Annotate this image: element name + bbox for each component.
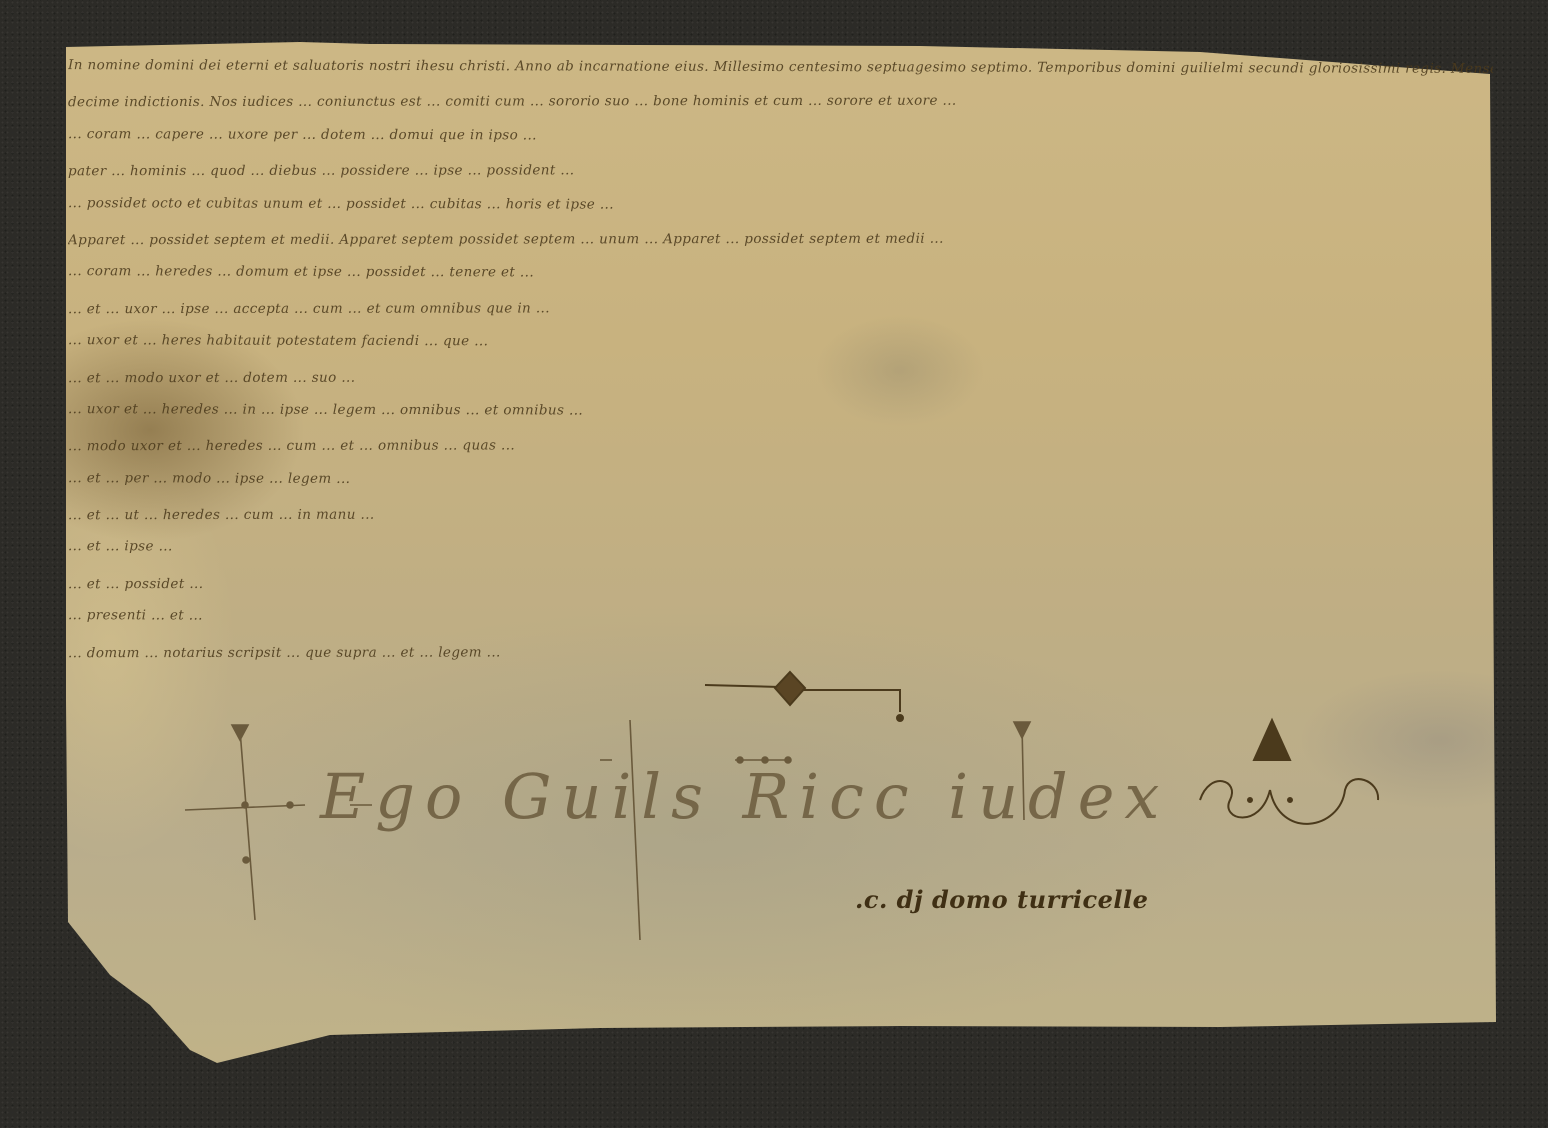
judge-monogram-icon (1200, 720, 1378, 824)
judge-subscription: Ego Guils Ricc iudex (320, 760, 1169, 833)
cross-signum-icon (185, 725, 305, 920)
notary-flourish-icon (705, 672, 903, 721)
parchment-document: In nomine domini dei eterni et saluatori… (0, 0, 1548, 1128)
signum-marks (0, 0, 1548, 1128)
archival-endorsement: .c. dj domo turricelle (855, 885, 1148, 914)
